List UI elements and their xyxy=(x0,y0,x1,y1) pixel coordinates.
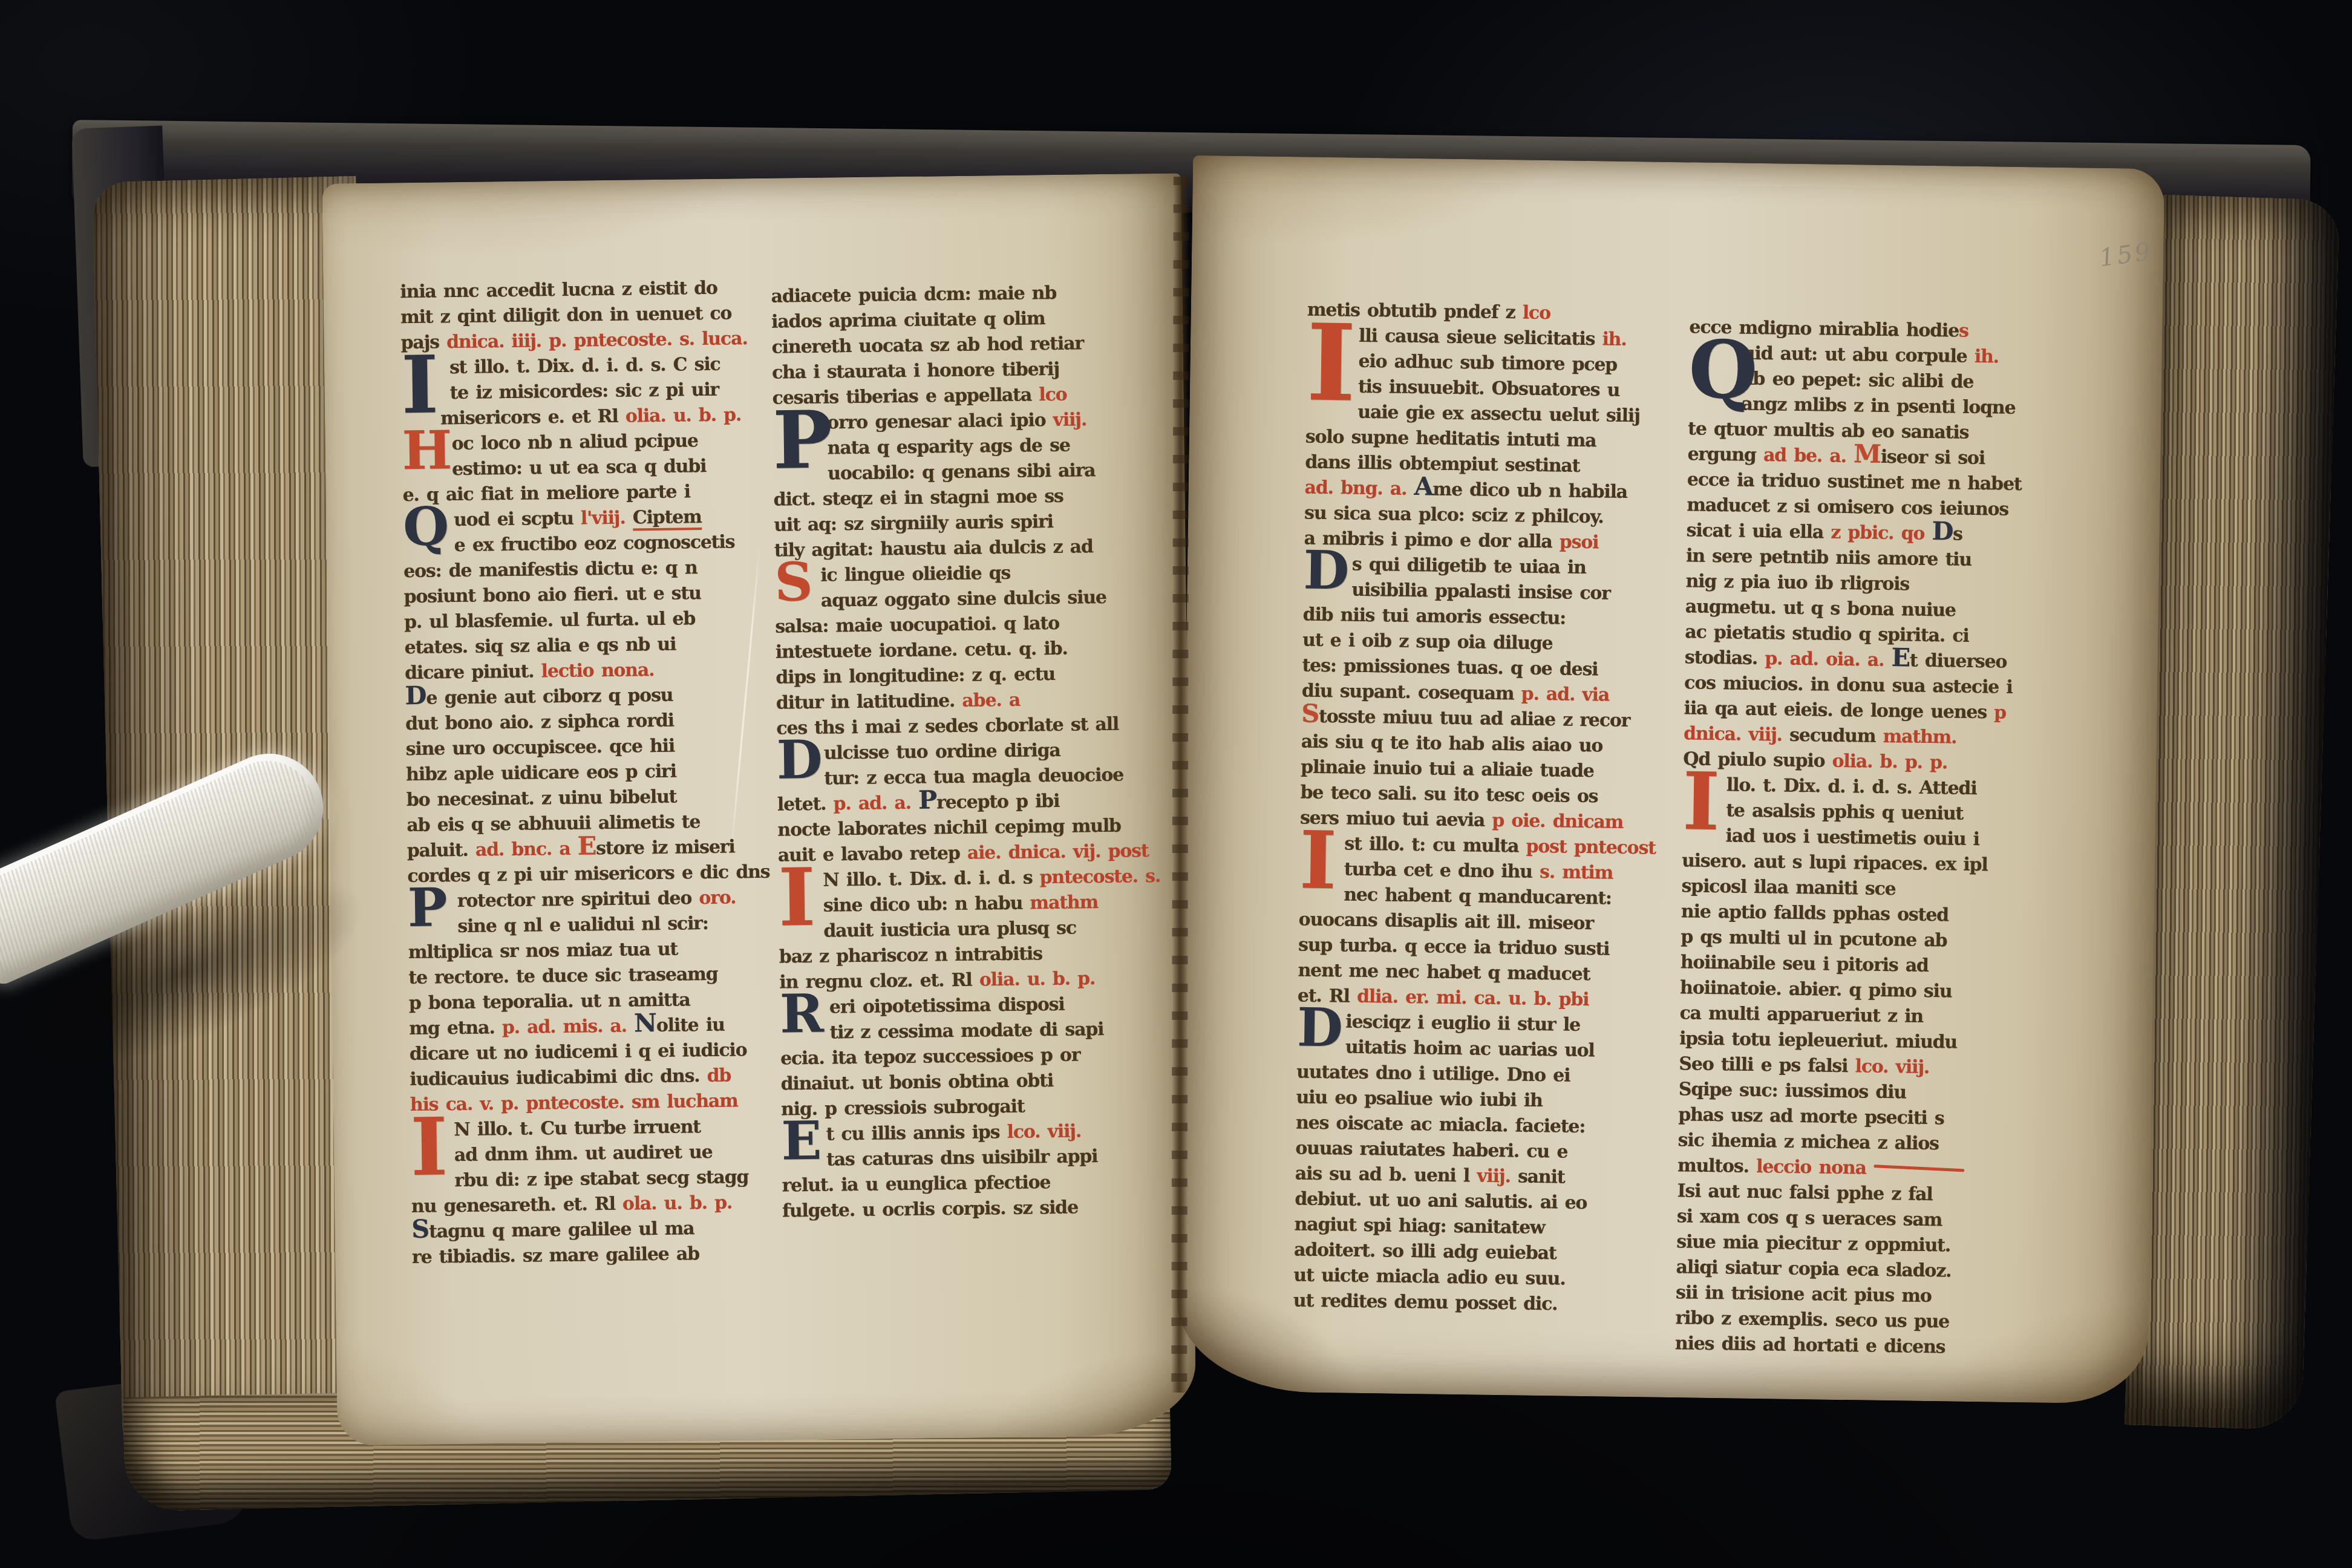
body-text: plinaie inuio tui a aliaie tuade xyxy=(1301,756,1594,782)
body-text: D xyxy=(1932,516,1953,546)
rubric-text: olia. b. p. p. xyxy=(1832,751,1947,774)
body-text: uod ei scptu xyxy=(454,508,581,531)
body-text: stodias. xyxy=(1685,647,1765,669)
body-text: ces ths i mai z sedes cborlate st all xyxy=(776,714,1119,739)
body-text: etates. siq sz alia e qs nb ui xyxy=(404,634,676,658)
text-line: posiunt bono aio fieri. ut e stu xyxy=(403,580,758,610)
rubric-text: p. ad. mis. a. xyxy=(502,1016,635,1039)
body-text: lli causa sieue selicitatis xyxy=(1359,325,1602,350)
body-text: dips in longitudine: z q. ectu xyxy=(776,664,1055,688)
body-text: ac pietatis studio q spirita. ci xyxy=(1685,621,1969,647)
text-line: salsa: maie uocupatioi. q lato xyxy=(775,610,1133,639)
text-line: ad dnm ihm. ut audiret ue xyxy=(411,1139,765,1169)
text-line: cordes q z pi uir misericors e dic dns xyxy=(407,860,762,889)
body-text: hoiinatoie. abier. q pimo siu xyxy=(1680,977,1952,1002)
body-text: ic lingue olieidie qs xyxy=(820,563,1010,586)
body-text: spicosl ilaa maniti sce xyxy=(1681,875,1896,900)
text-line: ces ths i mai z sedes cborlate st all xyxy=(776,711,1134,741)
body-text: dinaiut. ut bonis obtina obti xyxy=(780,1070,1053,1095)
body-text: ut redites demu posset dic. xyxy=(1293,1290,1558,1315)
body-text: sine q nl e ualidui nl scir: xyxy=(457,913,708,937)
body-text: dut bono aio. z siphca rordi xyxy=(405,710,674,734)
body-text: Ciptem xyxy=(633,506,702,531)
illuminated-initial: I xyxy=(778,865,816,930)
rubric-text: z pbic. qo xyxy=(1831,522,1932,544)
body-text: iesciqz i euglio ii stur le xyxy=(1345,1011,1580,1036)
text-column: inia nnc accedit lucna z eistit domit z … xyxy=(400,275,766,1270)
body-text: tes: pmissiones tuas. q oe desi xyxy=(1302,655,1598,680)
body-text: ab eo pepet: sic alibi de xyxy=(1742,368,1973,393)
text-line: eos: de manifestis dictu e: q n xyxy=(403,555,758,584)
body-text: dans illis obtempiut sestinat xyxy=(1305,452,1580,477)
body-text: su sica sua plco: sciz z philcoy. xyxy=(1304,503,1604,528)
rubric-text: ad. bnc. a xyxy=(475,838,578,861)
body-text: nent me nec habet q maducet xyxy=(1298,959,1590,985)
body-text: nagiut spi hiag: sanitatew xyxy=(1294,1214,1544,1238)
body-text: E xyxy=(1891,642,1910,672)
body-text: me dico ub n habila xyxy=(1432,479,1627,502)
body-text: ecia. ita tepoz successioes p or xyxy=(780,1045,1080,1070)
body-text: cha i staurata i honore tiberij xyxy=(772,359,1059,384)
body-text: uiu eo psaliue wio iubi ih xyxy=(1296,1086,1543,1111)
text-line: relut. ia u eunglica pfectioe xyxy=(782,1169,1140,1198)
body-text: s qui diligetib te uiaa in xyxy=(1352,554,1586,578)
text-line: mit z qint diligit don in uenuet co xyxy=(400,301,755,330)
illuminated-initial: Q xyxy=(1688,337,1759,403)
body-text: ipsia totu iepleueriut. miudu xyxy=(1679,1028,1958,1053)
body-text: hoiinabile seu i pitoris ad xyxy=(1681,952,1929,976)
body-text: rbu di: z ipe stabat secg stagg xyxy=(454,1166,748,1191)
text-line: ut redites demu posset dic. xyxy=(1293,1288,1657,1318)
rubric-text: s xyxy=(1959,321,1968,342)
body-text: ais su ad b. ueni l xyxy=(1295,1163,1477,1186)
body-text: te qtuor multis ab eo sanatis xyxy=(1688,418,1969,443)
text-line: dinaiut. ut bonis obtina obti xyxy=(780,1067,1138,1097)
body-text: salsa: maie uocupatioi. q lato xyxy=(775,613,1059,638)
text-line: ulcisse tuo ordine diriga xyxy=(777,737,1135,766)
body-text: letet. xyxy=(777,794,834,815)
body-text: mltiplica sr nos miaz tua ut xyxy=(408,939,678,963)
illuminated-initial: S xyxy=(774,560,813,604)
text-line: tily agitat: haustu aia dulcis z ad xyxy=(774,534,1132,563)
body-text: re tibiadis. sz mare galilee ab xyxy=(412,1243,699,1268)
body-text: cordes q z pi uir misericors e dic dns xyxy=(407,861,769,887)
text-line: his ca. v. p. pntecoste. sm lucham xyxy=(410,1088,765,1118)
text-line: mg etna. p. ad. mis. a. Nolite iu xyxy=(409,1012,763,1042)
text-line: e ex fructibo eoz cognoscetis xyxy=(403,529,757,559)
body-text: adoitert. so illi adg euiebat xyxy=(1294,1239,1557,1264)
text-line: dut bono aio. z siphca rordi xyxy=(405,707,760,737)
body-text: angz mlibs z in psenti loqne xyxy=(1741,394,2015,419)
body-text: te asalsis pphis q ueniut xyxy=(1726,800,1963,824)
text-line: t cu illis annis ips lco. viij. xyxy=(781,1118,1139,1148)
body-text: N xyxy=(634,1008,656,1037)
rubric-text: E xyxy=(578,831,596,860)
rubric-text: p. ad. oia. a. xyxy=(1765,648,1892,671)
body-text: cinereth uocata sz ab hod retiar xyxy=(771,333,1083,358)
text-line: sine q nl e ualidui nl scir: xyxy=(408,910,762,940)
rubric-text: olia. u. b. p. xyxy=(626,404,742,426)
body-text: sic ihemia z michea z alios xyxy=(1677,1129,1939,1154)
body-text: uitatis hoim ac uarias uol xyxy=(1345,1037,1595,1062)
body-text: debiut. ut uo ani salutis. ai eo xyxy=(1295,1188,1587,1214)
rubric-text: ola. u. b. p. xyxy=(622,1192,733,1215)
rubric-text: lectio nona. xyxy=(541,659,655,682)
body-text: olite iu xyxy=(656,1014,725,1036)
rubric-text: p. ad. via xyxy=(1521,684,1609,706)
text-line: iudicauius iudicabimi dic dns. db xyxy=(410,1063,764,1093)
body-text: p qs multi ul in pcutone ab xyxy=(1681,926,1947,951)
body-text: llo. t. Dix. d. i. d. s. Attedi xyxy=(1726,774,1977,799)
body-text: Sqipe suc: iussimos diu xyxy=(1679,1079,1907,1103)
illuminated-initial: I xyxy=(1299,828,1337,893)
body-text: ergung xyxy=(1687,443,1763,466)
text-line: hibz aple uidicare eos p ciri xyxy=(406,758,760,788)
body-text: te iz misicordes: sic z pi uir xyxy=(449,379,719,403)
rubric-text: dlia. er. mi. ca. u. b. pbi xyxy=(1357,986,1589,1010)
body-text: ditur in latitudine. xyxy=(776,690,962,714)
body-text: ca multi apparueriut z in xyxy=(1679,1002,1923,1027)
body-text: orro genesar alaci ipio xyxy=(827,410,1053,434)
rubric-text: ih. xyxy=(1975,346,1999,368)
body-text: mit z qint diligit don in uenuet co xyxy=(400,302,732,328)
illuminated-initial: R xyxy=(780,992,824,1036)
body-text: nig z pia iuo ib rligrois xyxy=(1685,570,1909,595)
body-text: sine dico ub: n habu xyxy=(823,893,1030,916)
text-line: cinereth uocata sz ab hod retiar xyxy=(771,330,1129,360)
rubric-text: abe. a xyxy=(962,690,1020,711)
text-line: nig. p cressiois subrogait xyxy=(781,1093,1139,1122)
body-text: tiz z cessima modate di sapi xyxy=(829,1019,1103,1044)
rubric-text: viij. xyxy=(1477,1166,1518,1187)
body-text: oc loco nb n aliud pcipue xyxy=(451,430,698,454)
text-line: dict. steqz ei in stagni moe ss xyxy=(773,483,1131,512)
body-text: store iz miseri xyxy=(596,837,735,860)
text-line: dips in longitudine: z q. ectu xyxy=(776,661,1134,690)
body-text: uisero. aut s lupi ripaces. ex ipl xyxy=(1682,850,1988,875)
rubric-text: ad be. a. xyxy=(1763,445,1854,467)
body-text: hibz aple uidicare eos p ciri xyxy=(406,761,676,785)
body-text: inia nnc accedit lucna z eistit do xyxy=(400,278,717,302)
body-text: fulgete. u ocrlis corpis. sz side xyxy=(782,1197,1078,1222)
body-text: rotector nre spiritui deo xyxy=(457,887,699,912)
rubric-text: leccio nona xyxy=(1756,1156,1873,1179)
body-text: cos miucios. in donu sua astecie i xyxy=(1684,672,2013,698)
body-text: nu genesareth. et. Rl xyxy=(411,1194,622,1217)
body-text: N illo. t. Dix. d. i. d. s xyxy=(823,867,1040,890)
illuminated-initial: I xyxy=(410,1114,448,1180)
text-line: p. ul blasfemie. ul furta. ul eb xyxy=(404,606,759,635)
text-line: rotector nre spiritui deo oro. xyxy=(408,885,762,915)
text-line: oc loco nb n aliud pcipue xyxy=(402,428,756,457)
body-text: s xyxy=(1953,523,1962,544)
text-line: e. q aic fiat in meliore parte i xyxy=(402,479,757,508)
rubric-text: ih. xyxy=(1602,328,1627,350)
body-text: misericors e. et Rl xyxy=(440,406,626,430)
illuminated-initial: E xyxy=(781,1119,822,1163)
text-line: dauit iusticia ura plusq sc xyxy=(779,915,1137,944)
body-text: posiunt bono aio fieri. ut e stu xyxy=(403,583,701,607)
body-text: eos: de manifestis dictu e: q n xyxy=(403,557,697,582)
text-line: iados aprima ciuitate q olim xyxy=(771,305,1129,335)
body-text: dict. steqz ei in stagni moe ss xyxy=(774,486,1063,511)
illuminated-initial: D xyxy=(1303,548,1350,592)
text-line: sine dico ub: n habu mathm xyxy=(779,889,1137,919)
body-text: tis insuuebit. Obsuatores u xyxy=(1358,376,1620,401)
body-text: nie aptio fallds pphas osted xyxy=(1681,901,1949,926)
body-text: t diuerseo xyxy=(1910,650,2007,673)
rubric-text: M xyxy=(1854,439,1881,469)
body-text: iad uos i uestimetis ouiu i xyxy=(1725,825,1979,850)
body-text: tur: z ecca tua magla deuocioe xyxy=(824,765,1123,789)
text-line: rbu di: z ipe stabat secg stagg xyxy=(411,1165,765,1194)
rubric-text: s. mtim xyxy=(1540,861,1613,884)
text-line: fulgete. u ocrlis corpis. sz side xyxy=(782,1194,1140,1224)
body-text: iseor si soi xyxy=(1881,446,1985,469)
body-text: dauit iusticia ura plusq sc xyxy=(823,918,1076,942)
rubric-text: psoi xyxy=(1560,531,1599,553)
text-line: re tibiadis. sz mare galilee ab xyxy=(412,1241,766,1270)
body-text: N illo. t. Cu turbe irruent xyxy=(454,1116,701,1140)
text-line: ditur in latitudine. abe. a xyxy=(776,686,1134,716)
body-text: recepto p ibi xyxy=(936,791,1060,813)
text-line: misericors e. et Rl olia. u. b. p. xyxy=(402,402,756,432)
body-text: be teco sali. su ito tesc oeis os xyxy=(1300,782,1598,807)
body-text: dicare ut no iudicemi i q ei iudicio xyxy=(410,1039,747,1065)
text-line: De genie aut ciborz q posu xyxy=(405,682,759,711)
rubric-text: l'viij. xyxy=(581,508,633,529)
body-text: nes oiscate ac miacla. faciete: xyxy=(1296,1112,1586,1137)
body-text: adiacete puicia dcm: maie nb xyxy=(771,283,1056,307)
text-line: dicare piniut. lectio nona. xyxy=(405,656,759,686)
illuminated-initial: Q xyxy=(403,505,449,549)
body-text: nec habent q manducarent: xyxy=(1344,884,1612,909)
body-text: p. ul blasfemie. ul furta. ul eb xyxy=(404,608,695,633)
body-text: estimo: u ut ea sca q dubi xyxy=(452,456,707,480)
body-text: ouuas raiutates haberi. cu e xyxy=(1295,1137,1567,1162)
body-text: phas usz ad morte pseciti s xyxy=(1678,1104,1944,1129)
text-line: adiacete puicia dcm: maie nb xyxy=(771,279,1129,309)
body-text: ais siu q te ito hab alis aiao uo xyxy=(1301,731,1603,756)
rubric-text: ad. bng. a. xyxy=(1304,477,1414,500)
folio-number: 159 xyxy=(2097,237,2154,272)
body-text: in sere petntib niis amore tiu xyxy=(1686,545,1971,570)
rubric-text: dnica. viij. xyxy=(1684,723,1790,745)
body-text: iudicauius iudicabimi dic dns. xyxy=(410,1065,707,1090)
body-text: multos. xyxy=(1677,1155,1756,1177)
body-text: ut e i oib z sup oia diluge xyxy=(1302,629,1553,654)
body-text: nies diis ad hortati e dicens xyxy=(1675,1333,1945,1357)
text-line: nocte laborates nichil cepimg mulb xyxy=(777,813,1135,843)
text-line: inia nnc accedit lucna z eistit do xyxy=(400,275,754,305)
text-line: uit aq: sz sirgniily auris spiri xyxy=(774,508,1132,538)
illuminated-initial: I xyxy=(1306,319,1357,407)
text-column: metis obtutib pndef z lcolli causa sieue… xyxy=(1293,298,1670,1319)
body-text: uisibilia ppalasti insise cor xyxy=(1351,580,1610,604)
body-text: t cu illis annis ips xyxy=(826,1122,1007,1145)
body-text: eio adhuc sub timore pcep xyxy=(1358,351,1617,376)
body-text: A xyxy=(1414,471,1433,501)
body-text: P xyxy=(918,785,937,814)
body-text: intestuete iordane. cetu. q. ib. xyxy=(776,638,1068,663)
body-text: Isi aut nuc falsi pphe z fal xyxy=(1677,1180,1932,1205)
text-line: cha i staurata i honore tiberij xyxy=(772,356,1130,385)
body-text: aquaz oggato sine dulcis siue xyxy=(821,587,1106,612)
body-text: ad dnm ihm. ut audiret ue xyxy=(454,1142,713,1166)
text-line: etates. siq sz alia e qs nb ui xyxy=(404,631,759,661)
text-line: sine uro occupiscee. qce hii xyxy=(405,733,760,762)
rubric-text: oro. xyxy=(699,887,736,909)
text-line: ecia. ita tepoz successioes p or xyxy=(780,1042,1138,1071)
rubric-text xyxy=(1873,1165,1964,1172)
body-text: aliqi siatur copia eca sladoz. xyxy=(1676,1256,1952,1281)
body-text: augmetu. ut q s bona nuiue xyxy=(1685,596,1956,621)
body-text: uutates dno i utilige. Dno ei xyxy=(1296,1061,1570,1086)
body-text: baz z phariscoz n intrabitis xyxy=(779,943,1042,967)
body-text: ribo z exemplis. seco us pue xyxy=(1675,1307,1949,1332)
body-text: sii in trisione acit pius mo xyxy=(1676,1282,1932,1307)
body-text: tas caturas dns uisibilr appi xyxy=(826,1146,1098,1170)
body-text: te rectore. te duce sic traseamg xyxy=(408,964,717,988)
rubric-text: lco xyxy=(1039,384,1067,406)
binding-gutter-seam xyxy=(1171,177,1189,1393)
body-text: maducet z si omisero cos ieiunos xyxy=(1687,494,2008,520)
text-line: ic lingue olieidie qs xyxy=(774,559,1132,589)
rubric-text: S xyxy=(1301,698,1319,728)
text-column: adiacete puicia dcm: maie nbiados aprima… xyxy=(771,279,1140,1224)
text-line: dicare ut no iudicemi i q ei iudicio xyxy=(410,1037,764,1067)
rubric-text: dnica. iiij. p. pntecoste. s. luca. xyxy=(446,328,748,353)
rubric-text: olia. u. b. p. xyxy=(979,968,1096,990)
text-line: N illo. t. Cu turbe irruent xyxy=(410,1114,765,1143)
rubric-text: pntecoste. s. xyxy=(1040,866,1161,888)
text-line: nies diis ad hortati e dicens xyxy=(1675,1331,2039,1361)
text-line: pajs dnica. iiij. p. pntecoste. s. luca. xyxy=(400,326,755,356)
body-text: uit aq: sz sirgniily auris spiri xyxy=(774,511,1053,536)
text-line: in regnu cloz. et. Rl olia. u. b. p. xyxy=(779,965,1137,995)
illuminated-initial: P xyxy=(408,886,448,929)
body-text: st illo. t. Dix. d. i. d. s. C sic xyxy=(449,354,720,378)
text-line: tiz z cessima modate di sapi xyxy=(780,1016,1138,1046)
illuminated-initial: P xyxy=(773,407,833,473)
body-text: S xyxy=(411,1214,429,1244)
text-line: auit e lavabo retep aie. dnica. vij. pos… xyxy=(778,838,1136,868)
rubric-text: lco. viij. xyxy=(1855,1056,1929,1078)
body-text: tosste miuu tuu ad aliae z recor xyxy=(1319,706,1630,731)
body-text: uaie gie ex assectu uelut silij xyxy=(1357,402,1640,427)
text-line: bo necesinat. z uinu bibelut xyxy=(407,783,761,813)
body-text: si xam cos q s ueraces sam xyxy=(1677,1206,1942,1230)
text-line: N illo. t. Dix. d. i. d. s pntecoste. s. xyxy=(778,864,1136,893)
rubric-text: lco xyxy=(1523,302,1551,324)
body-text: dib niis tui amoris essectu: xyxy=(1303,604,1566,629)
rubric-text: mathm xyxy=(1030,892,1098,913)
text-line: paluit. ad. bnc. a Estore iz miseri xyxy=(407,834,762,864)
body-text: e genie aut ciborz q posu xyxy=(426,685,673,709)
illuminated-initial: I xyxy=(401,352,439,417)
text-line: uod ei scptu l'viij. Ciptem xyxy=(403,504,757,534)
text-line: aquaz oggato sine dulcis siue xyxy=(775,584,1133,614)
body-text: ecce ia triduo sustinet me n habet xyxy=(1687,469,2022,495)
body-text: ab eis q se abhuuii alimetis te xyxy=(407,811,700,836)
body-text: tagnu q mare galilee ul ma xyxy=(429,1218,694,1242)
body-text: secudum xyxy=(1789,725,1883,747)
body-text: ulcisse tuo ordine diriga xyxy=(824,740,1060,764)
illuminated-initial: I xyxy=(1682,769,1720,834)
body-text: iados aprima ciuitate q olim xyxy=(771,308,1045,333)
body-text: sicat i uia ella xyxy=(1687,520,1831,543)
body-text: nata q esparity ags de se xyxy=(828,435,1070,459)
text-column: ecce mdigno mirablia hodiesuid aut: ut a… xyxy=(1675,315,2053,1361)
text-line: estimo: u ut ea sca q dubi xyxy=(402,453,757,483)
body-text: solo supne heditatis intuti ma xyxy=(1305,426,1596,452)
body-text: bo necesinat. z uinu bibelut xyxy=(407,786,677,811)
rubric-text: post pntecost xyxy=(1526,836,1656,859)
body-text: paluit. xyxy=(407,840,476,861)
text-line: mltiplica sr nos miaz tua ut xyxy=(408,936,763,965)
body-text: D xyxy=(405,681,426,710)
manuscript-photo: inia nnc accedit lucna z eistit domit z … xyxy=(0,0,2352,1568)
body-text: e ex fructibo eoz cognoscetis xyxy=(454,531,734,556)
text-line: tur: z ecca tua magla deuocioe xyxy=(777,762,1135,792)
rubric-text: p. ad. a. xyxy=(833,792,918,815)
rubric-text: p xyxy=(1994,702,2006,723)
body-text: eri oipotetissima disposi xyxy=(829,994,1065,1018)
text-line: intestuete iordane. cetu. q. ib. xyxy=(776,635,1134,665)
body-text: uid aut: ut abu corpule xyxy=(1742,343,1975,367)
body-text: Seo tilli e ps falsi xyxy=(1679,1053,1855,1077)
body-text: st illo. t: cu multa xyxy=(1344,833,1526,857)
rubric-text: aie. dnica. vij. post xyxy=(967,840,1149,864)
manuscript-page-right: 159 metis obtutib pndef z lcolli causa s… xyxy=(1176,155,2164,1404)
body-text: relut. ia u eunglica pfectioe xyxy=(782,1172,1050,1196)
body-text: siue mia piecitur z oppmiut. xyxy=(1676,1231,1950,1256)
text-line: p bona teporalia. ut n amitta xyxy=(409,987,763,1016)
illuminated-initial: H xyxy=(402,428,452,472)
rubric-text: p oie. dnicam xyxy=(1492,810,1623,833)
body-text: sine uro occupiscee. qce hii xyxy=(406,736,675,760)
rubric-text: viij. xyxy=(1053,409,1086,431)
body-text: diu supant. cosequam xyxy=(1302,680,1521,704)
manuscript-page-left: inia nnc accedit lucna z eistit domit z … xyxy=(322,173,1196,1445)
rubric-text: lco. viij. xyxy=(1007,1121,1081,1143)
body-text: mg etna. xyxy=(409,1017,502,1039)
body-text: iia qa aut eieis. de longe uenes xyxy=(1684,697,1994,723)
illuminated-initial: D xyxy=(777,738,823,782)
illuminated-initial: D xyxy=(1297,1005,1344,1050)
text-line: eri oipotetissima disposi xyxy=(780,991,1138,1021)
text-line: te rectore. te duce sic traseamg xyxy=(408,961,763,991)
rubric-text: his ca. v. p. pntecoste. sm lucham xyxy=(410,1090,738,1116)
body-text: sup turba. q ecce ia triduo susti xyxy=(1298,934,1610,959)
body-text: turba cet e dno ihu xyxy=(1344,858,1540,883)
text-line: baz z phariscoz n intrabitis xyxy=(779,940,1137,970)
body-text: sanit xyxy=(1518,1166,1565,1188)
text-line: te iz misicordes: sic z pi uir xyxy=(401,377,756,407)
text-line: letet. p. ad. a. Precepto p ibi xyxy=(777,788,1135,817)
text-line: nu genesareth. et. Rl ola. u. b. p. xyxy=(411,1190,766,1220)
rubric-text: mathm. xyxy=(1883,726,1956,748)
body-text: tily agitat: haustu aia dulcis z ad xyxy=(774,536,1093,561)
rubric-text: db xyxy=(707,1065,731,1086)
text-line: tas caturas dns uisibilr appi xyxy=(782,1143,1140,1173)
body-text: ut uicte miacla adio eu suu. xyxy=(1293,1264,1566,1289)
body-text: ouocans disaplis ait ill. miseor xyxy=(1298,909,1593,934)
body-text: nocte laborates nichil cepimg mulb xyxy=(777,815,1121,841)
text-line: Stagnu q mare galilee ul ma xyxy=(411,1215,766,1245)
body-text: uocabilo: q genans sibi aira xyxy=(828,460,1096,484)
text-line: st illo. t. Dix. d. i. d. s. C sic xyxy=(401,351,756,381)
